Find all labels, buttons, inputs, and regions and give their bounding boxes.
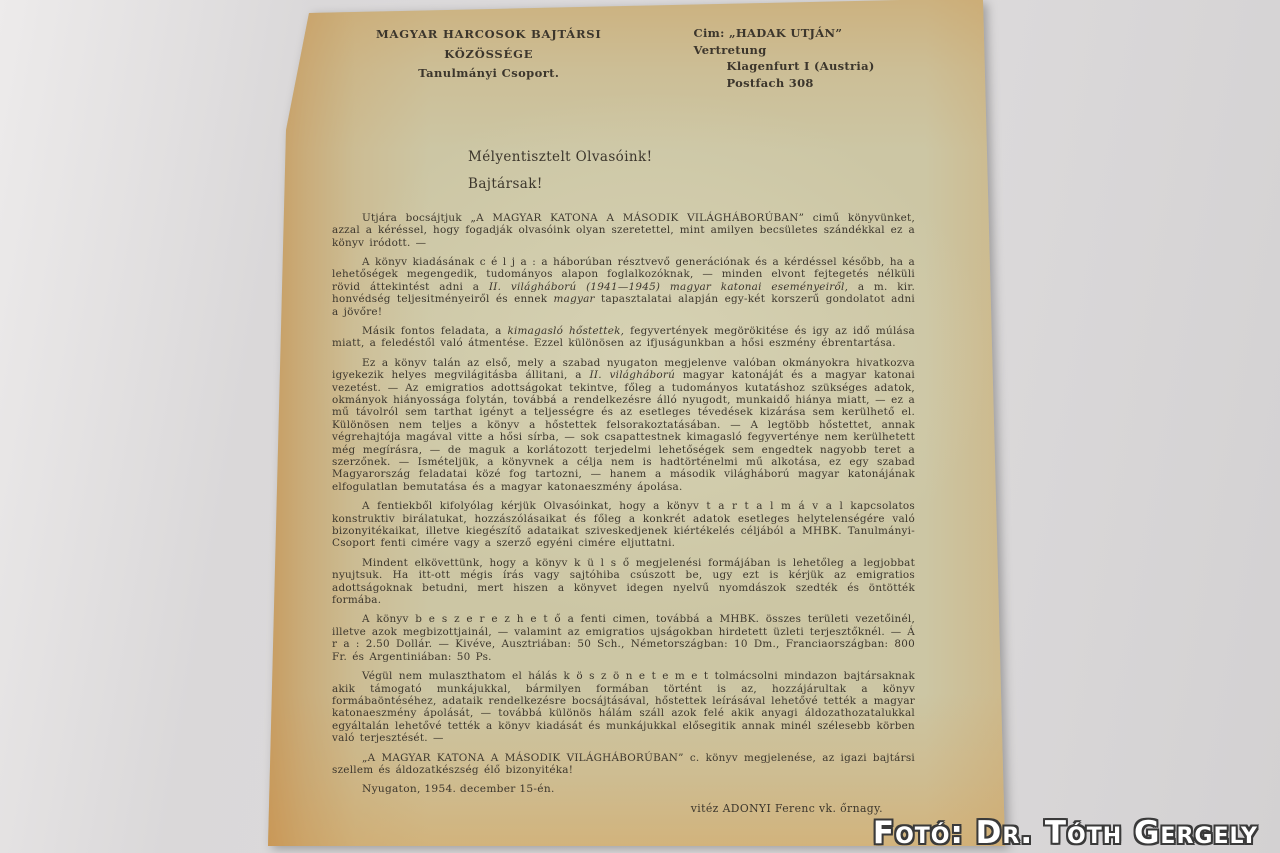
paragraph: Másik fontos feladata, a kimagasló hőste… xyxy=(332,325,915,350)
photo-background: MAGYAR HARCOSOK BAJTÁRSI KÖZÖSSÉGE Tanul… xyxy=(0,0,1280,853)
salutation-line-2: Bajtársak! xyxy=(468,171,915,198)
address-line-1: Cim: „HADAK UTJÁN” Vertretung xyxy=(694,25,915,58)
paragraph: A fentiekből kifolyólag kérjük Olvasóink… xyxy=(332,500,915,550)
paragraph: Utjára bocsájtjuk „A MAGYAR KATONA A MÁS… xyxy=(332,212,915,249)
organization-subtitle: Tanulmányi Csoport. xyxy=(332,64,646,84)
paper-shadow-wrap: MAGYAR HARCOSOK BAJTÁRSI KÖZÖSSÉGE Tanul… xyxy=(0,0,1280,853)
paragraph: „A MAGYAR KATONA A MÁSODIK VILÁGHÁBORÚBA… xyxy=(332,752,915,777)
salutation-line-1: Mélyentisztelt Olvasóink! xyxy=(468,144,915,171)
paragraph: Ez a könyv talán az első, mely a szabad … xyxy=(332,357,915,493)
photo-credit-watermark: Fotó: Dr. Tóth Gergely xyxy=(873,815,1258,851)
address-line-2: Klagenfurt I (Austria) xyxy=(694,58,915,75)
document-page: MAGYAR HARCOSOK BAJTÁRSI KÖZÖSSÉGE Tanul… xyxy=(260,0,1010,853)
paragraph: Mindent elkövettünk, hogy a könyv k ü l … xyxy=(332,557,915,607)
paragraph: A könyv b e s z e r e z h e t ő a fenti … xyxy=(332,613,915,663)
paragraphs: Utjára bocsájtjuk „A MAGYAR KATONA A MÁS… xyxy=(332,212,915,777)
address-line-3: Postfach 308 xyxy=(694,75,915,92)
salutation: Mélyentisztelt Olvasóink! Bajtársak! xyxy=(468,144,915,198)
address-block: Cim: „HADAK UTJÁN” Vertretung Klagenfurt… xyxy=(694,25,915,92)
date-line: Nyugaton, 1954. december 15-én. xyxy=(362,783,915,795)
document-content: MAGYAR HARCOSOK BAJTÁRSI KÖZÖSSÉGE Tanul… xyxy=(332,0,915,815)
organization-name: MAGYAR HARCOSOK BAJTÁRSI KÖZÖSSÉGE xyxy=(332,25,646,64)
signature: vitéz ADONYI Ferenc vk. őrnagy. xyxy=(332,802,915,815)
paragraph: A könyv kiadásának c é l j a : a háborúb… xyxy=(332,256,915,318)
document-header: MAGYAR HARCOSOK BAJTÁRSI KÖZÖSSÉGE Tanul… xyxy=(332,25,915,92)
paragraph: Végül nem mulaszthatom el hálás k ö s z … xyxy=(332,670,915,744)
organization-block: MAGYAR HARCOSOK BAJTÁRSI KÖZÖSSÉGE Tanul… xyxy=(332,25,646,92)
